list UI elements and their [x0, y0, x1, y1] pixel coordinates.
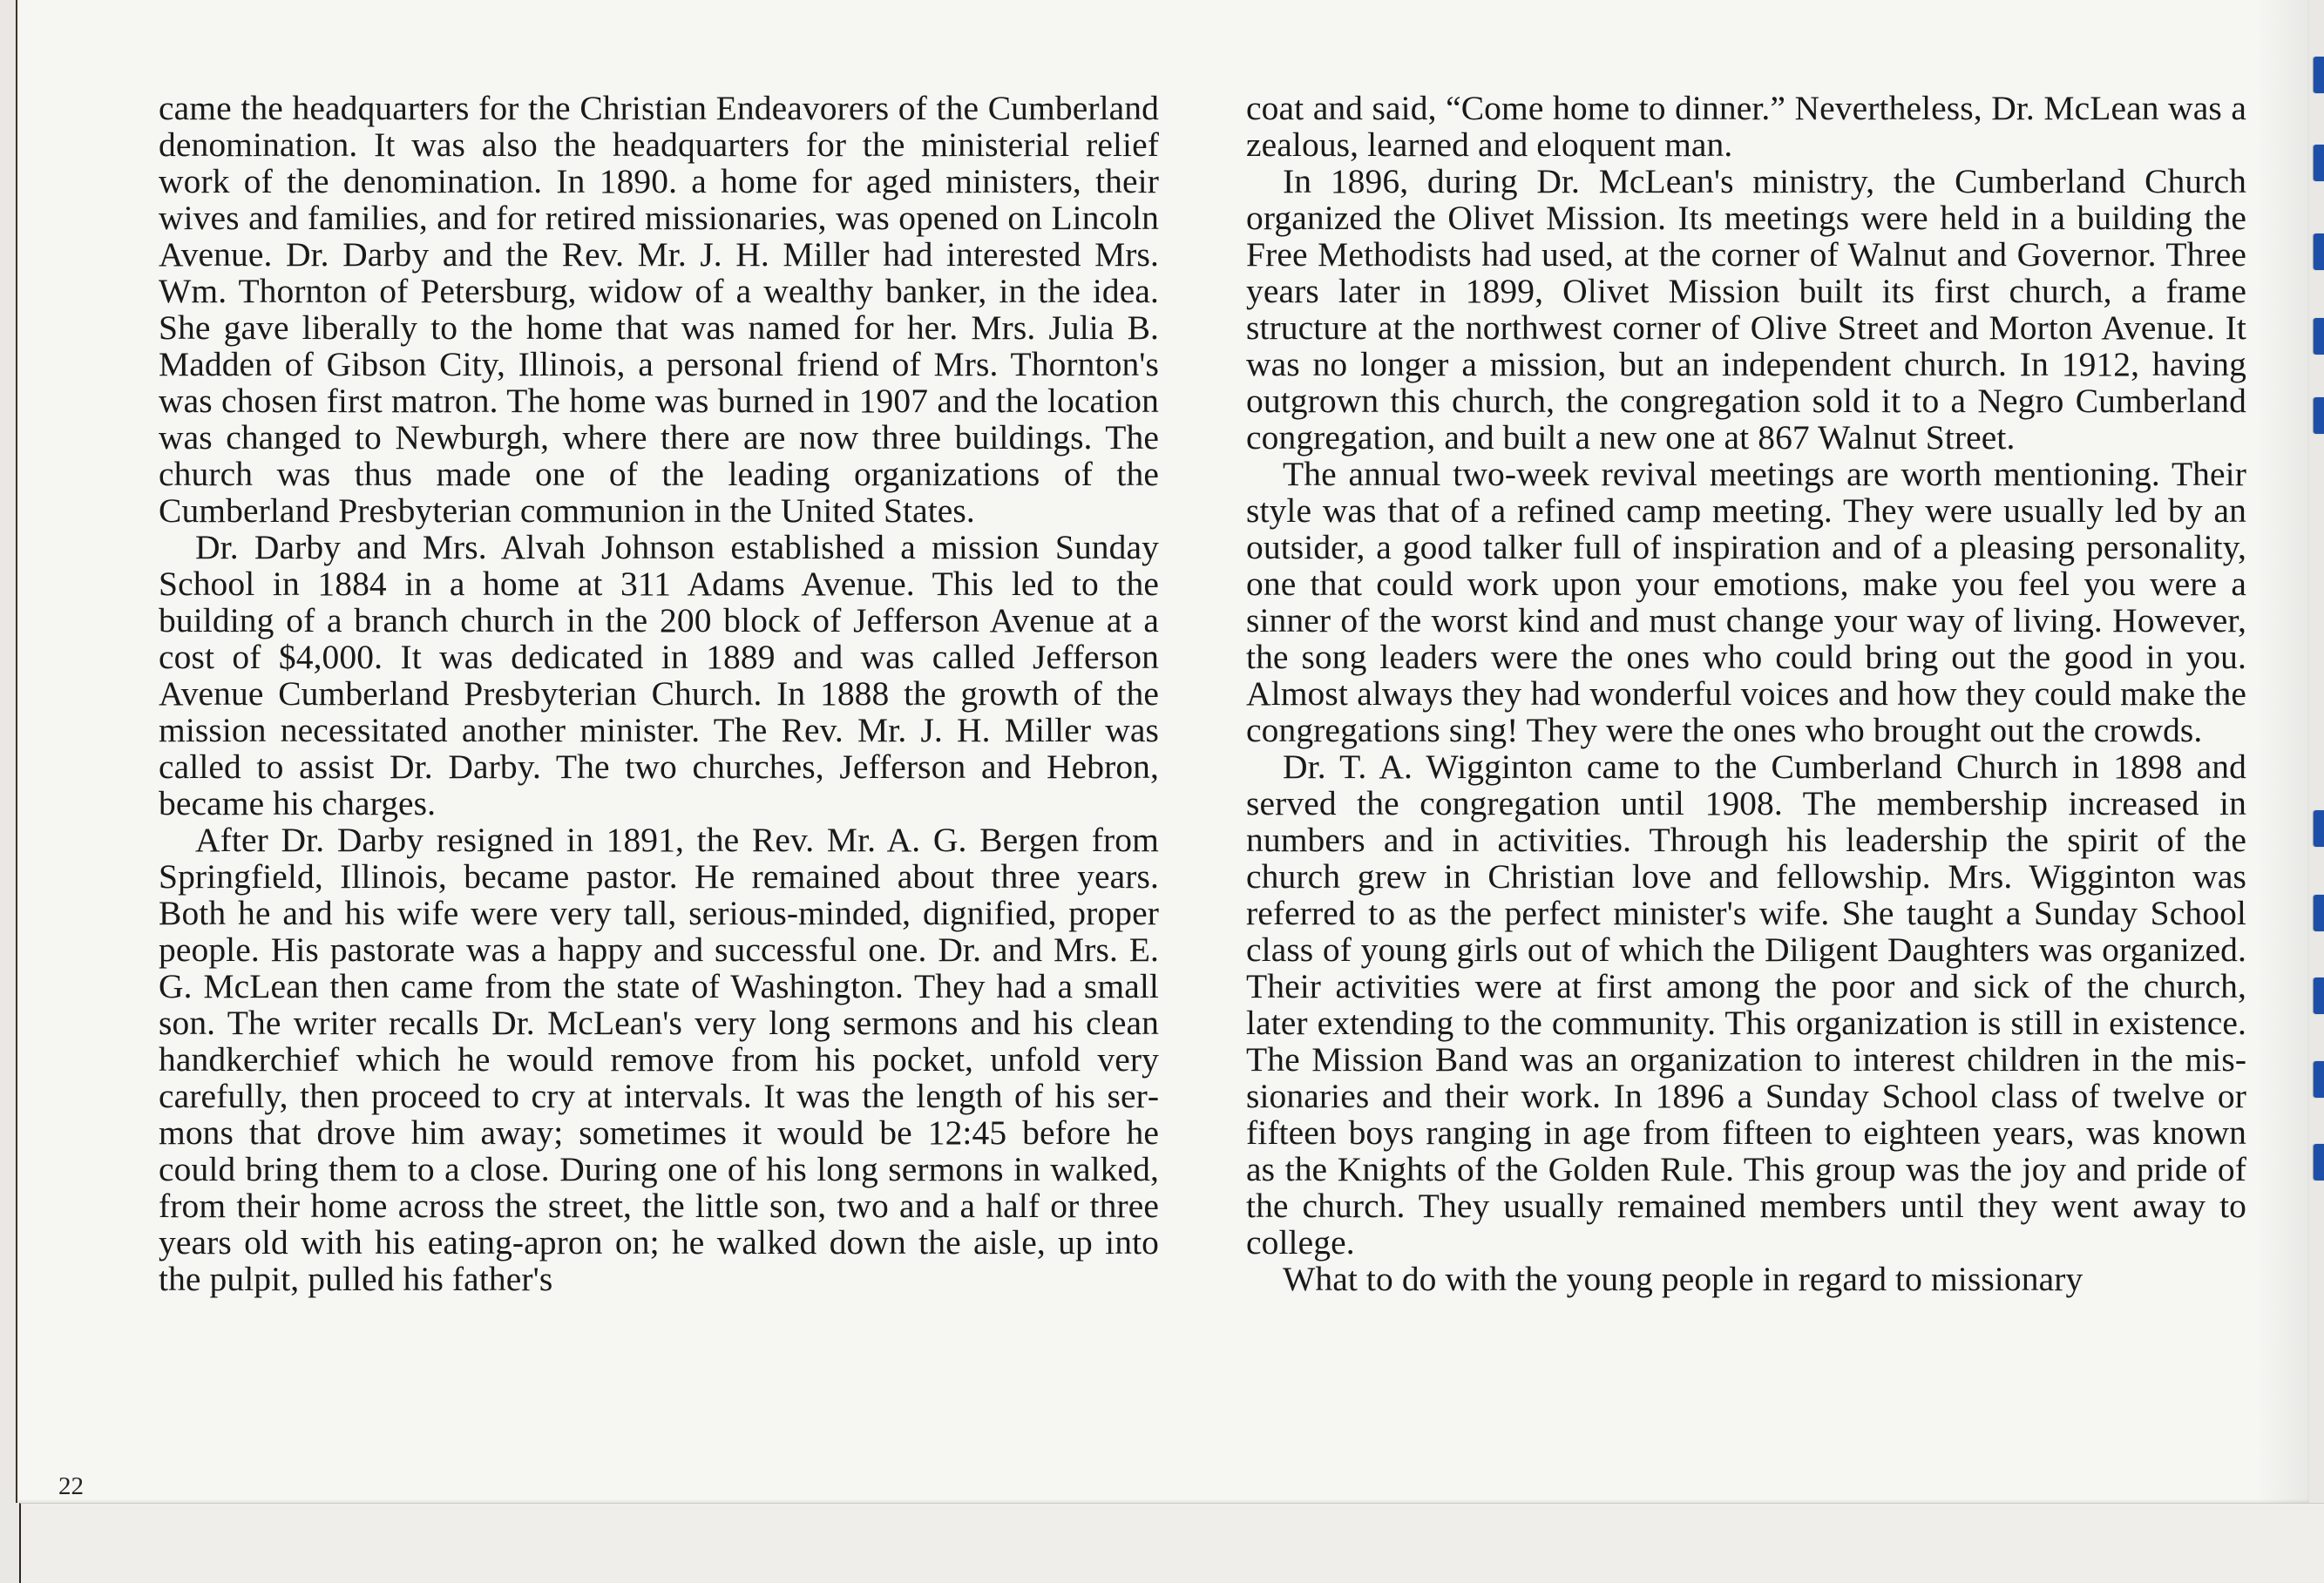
paragraph: After Dr. Darby resigned in 1891, the Re…: [159, 822, 1159, 1297]
paragraph: The annual two-week revival meetings are…: [1246, 456, 2246, 748]
paragraph: coat and said, “Come home to dinner.” Ne…: [1246, 90, 2246, 163]
binding-tab-icon: [2314, 233, 2324, 270]
paragraph: Dr. Darby and Mrs. Alvah Johnson establi…: [159, 529, 1159, 822]
binding-tab-icon: [2314, 978, 2324, 1014]
binding-tab-icon: [2314, 1144, 2324, 1180]
paragraph: In 1896, during Dr. McLean's ministry, t…: [1246, 163, 2246, 456]
paragraph: came the headquarters for the Christian …: [159, 90, 1159, 529]
page-number: 22: [58, 1472, 84, 1501]
binding-tab-icon: [2314, 145, 2324, 181]
paragraph: Dr. T. A. Wigginton came to the Cumberla…: [1246, 748, 2246, 1261]
binding-tab-icon: [2314, 810, 2324, 847]
binding-tab-icon: [2314, 397, 2324, 434]
underlying-page: [19, 1503, 2324, 1583]
binding-tab-icon: [2314, 57, 2324, 93]
binding-tab-icon: [2314, 895, 2324, 931]
left-text-column: came the headquarters for the Christian …: [159, 90, 1159, 1297]
page-edge-shadow: [2257, 0, 2309, 1503]
paragraph: What to do with the young people in rega…: [1246, 1261, 2246, 1297]
book-page: came the headquarters for the Christian …: [16, 0, 2309, 1503]
right-text-column: coat and said, “Come home to dinner.” Ne…: [1246, 90, 2246, 1297]
binding-tab-icon: [2314, 1061, 2324, 1098]
binding-tab-icon: [2314, 318, 2324, 355]
